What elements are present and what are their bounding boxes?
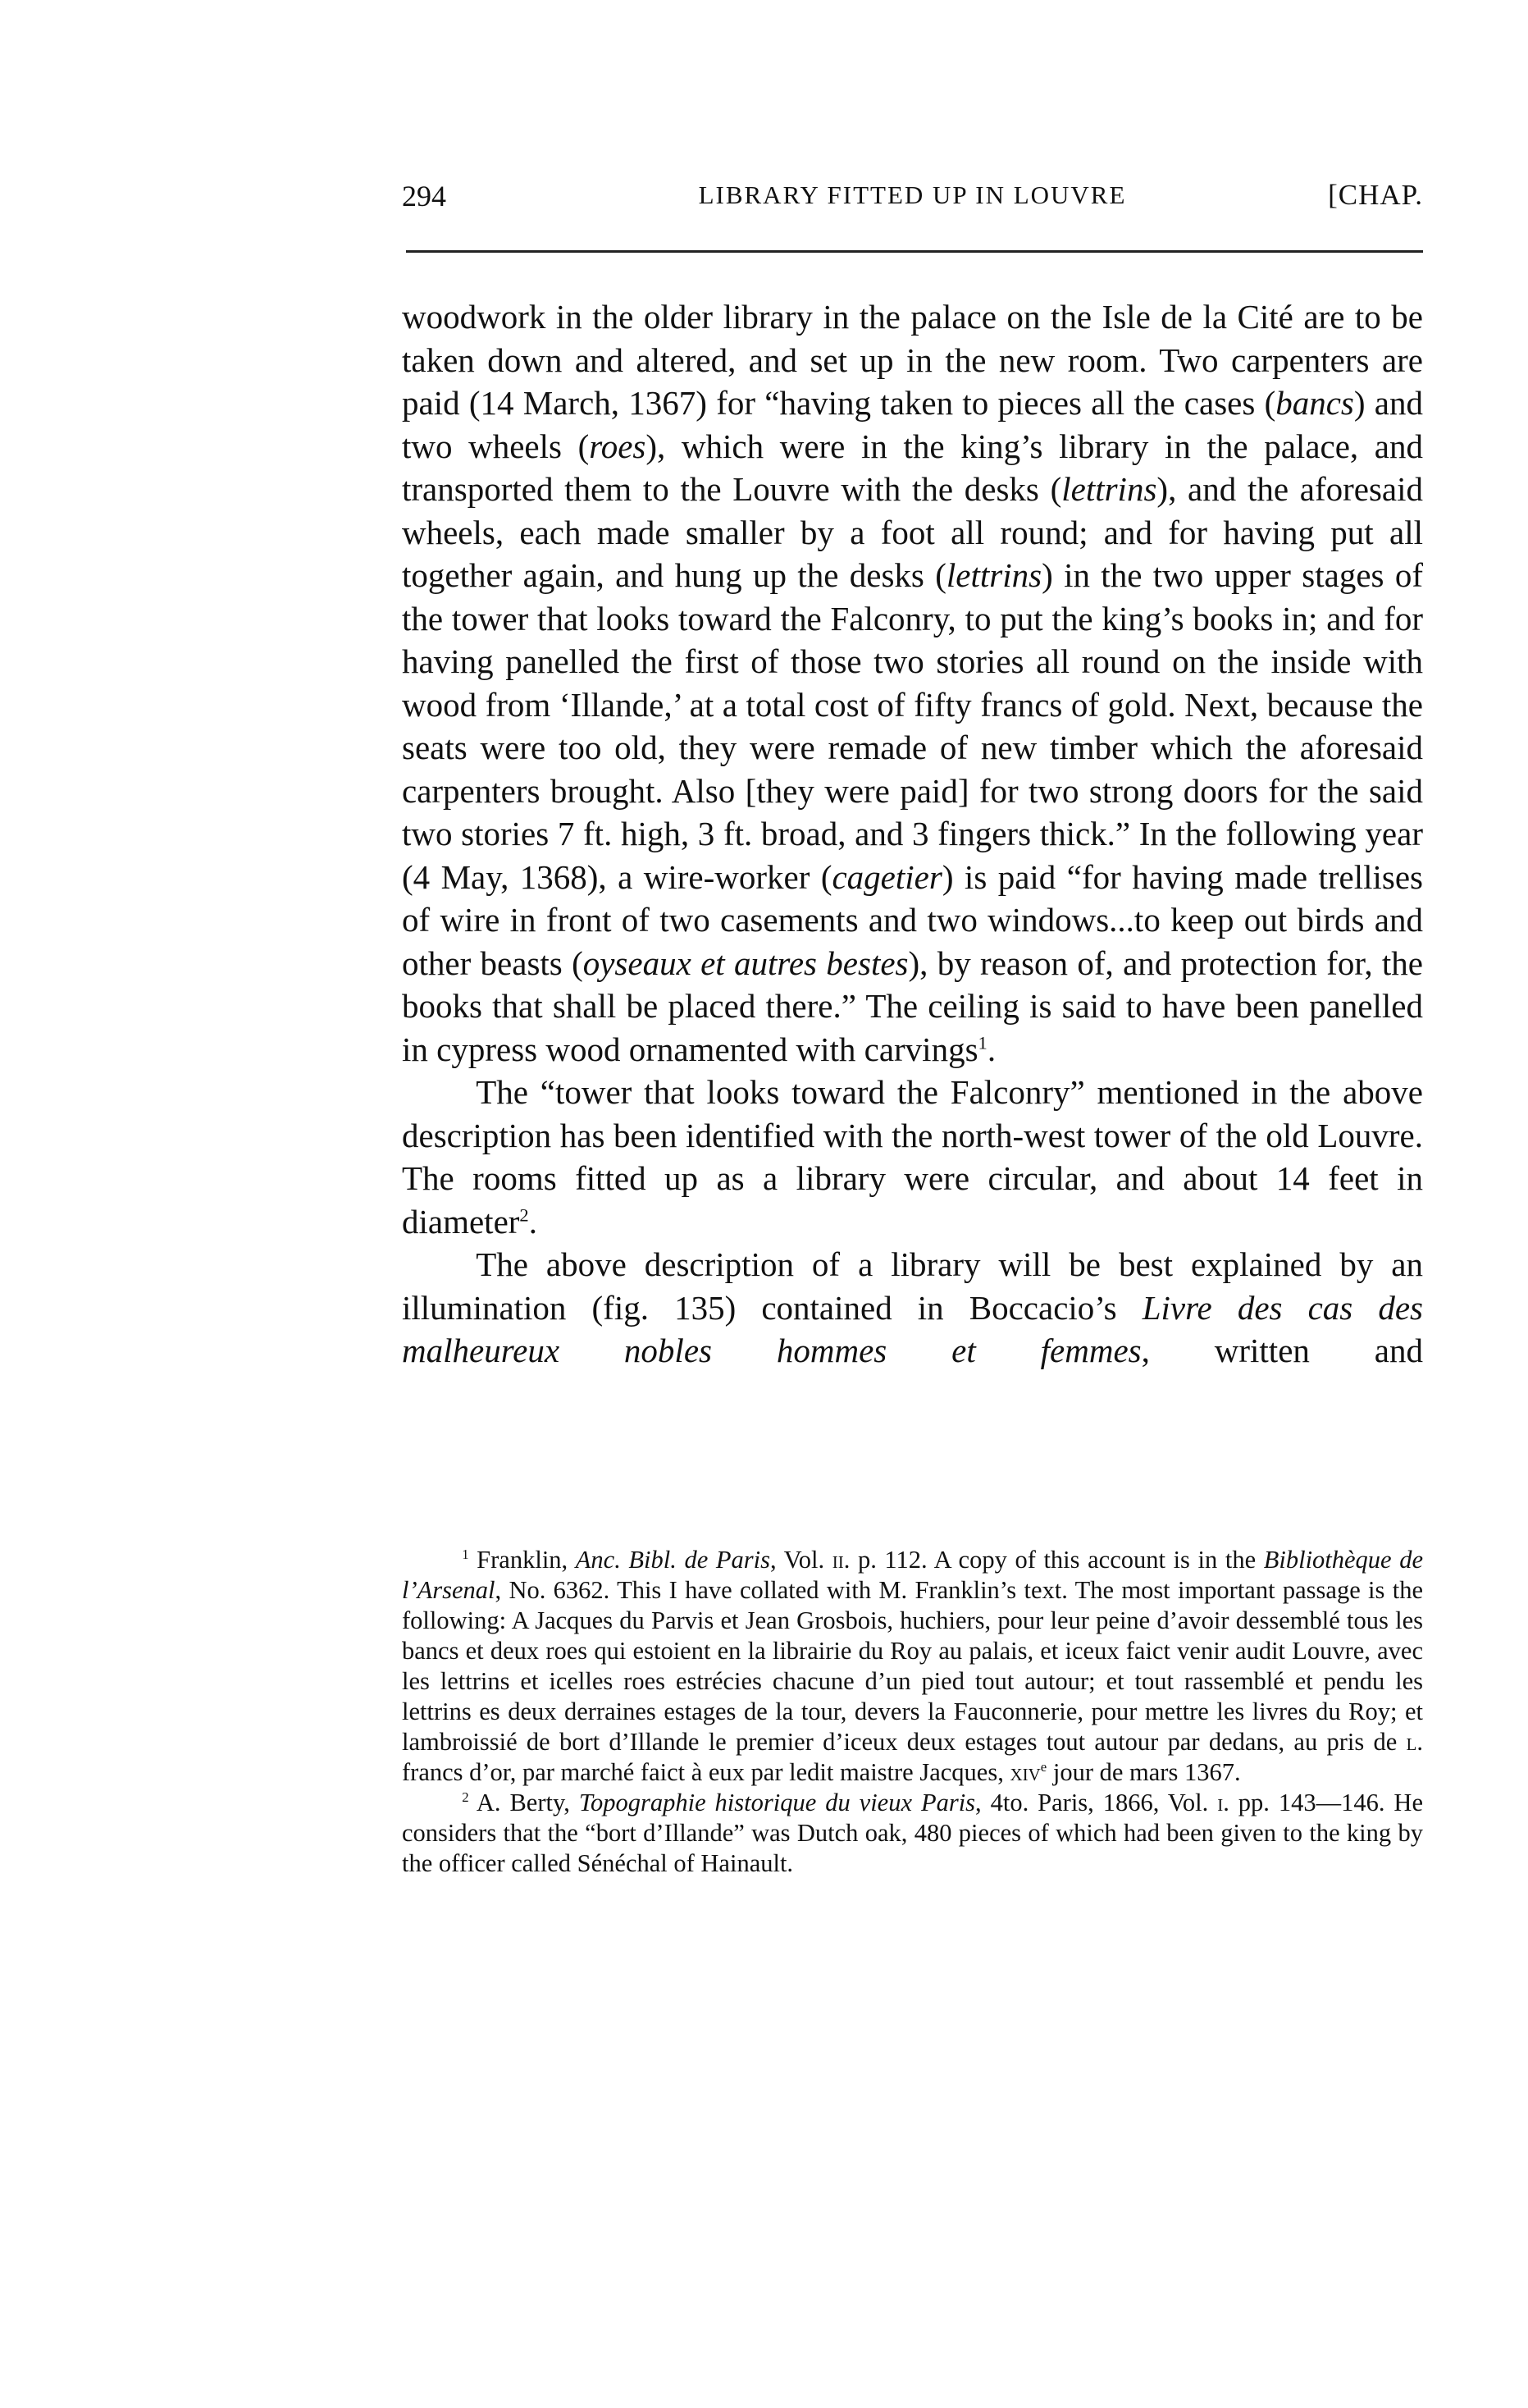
footnotes: 1 Franklin, Anc. Bibl. de Paris, Vol. ii…: [402, 1545, 1423, 1879]
running-head: 294 LIBRARY FITTED UP IN LOUVRE [CHAP.: [402, 179, 1423, 220]
footnote: 2 A. Berty, Topographie historique du vi…: [402, 1788, 1423, 1879]
small-caps-text: ii: [832, 1546, 844, 1574]
text-run: , 4to. Paris, 1866, Vol.: [975, 1789, 1217, 1816]
text-run: woodwork in the older library in the pal…: [402, 298, 1423, 422]
footnote-marker: 1: [462, 1547, 468, 1562]
footnote: 1 Franklin, Anc. Bibl. de Paris, Vol. ii…: [402, 1545, 1423, 1788]
chapter-marker: [CHAP.: [1328, 179, 1423, 212]
text-run: , No. 6362. This I have collated with M.…: [402, 1576, 1423, 1756]
footnote-marker: 2: [462, 1789, 468, 1805]
text-run: Franklin,: [469, 1546, 576, 1574]
paragraph: The above description of a library will …: [402, 1243, 1423, 1373]
text-run: ) in the two upper stages of the tower t…: [402, 556, 1423, 896]
italic-text: lettrins: [1061, 470, 1156, 508]
header-rule: [406, 250, 1423, 253]
paragraph: woodwork in the older library in the pal…: [402, 295, 1423, 1071]
small-caps-text: xiv: [1010, 1758, 1040, 1786]
italic-text: bancs: [1275, 384, 1354, 422]
italic-text: Topographie historique du vieux Paris: [579, 1789, 975, 1816]
text-run: The “tower that looks toward the Falconr…: [402, 1073, 1423, 1241]
italic-text: lettrins: [946, 556, 1042, 594]
text-run: , Vol.: [770, 1546, 832, 1574]
running-title: LIBRARY FITTED UP IN LOUVRE: [402, 180, 1423, 210]
footnote-reference: 1: [978, 1032, 987, 1053]
italic-text: Anc. Bibl. de Paris: [576, 1546, 770, 1574]
paragraph: The “tower that looks toward the Falconr…: [402, 1071, 1423, 1243]
body-text: woodwork in the older library in the pal…: [402, 295, 1423, 1373]
italic-text: cagetier: [832, 858, 942, 896]
footnote-reference: 2: [519, 1204, 528, 1225]
text-run: . p. 112. A copy of this account is in t…: [844, 1546, 1264, 1574]
text-run: .: [987, 1030, 996, 1068]
text-run: , written and: [1142, 1332, 1423, 1369]
text-run: .: [529, 1203, 537, 1241]
italic-text: oyseaux et autres bestes: [583, 944, 909, 982]
small-caps-text: l: [1407, 1728, 1417, 1756]
text-run: jour de mars 1367.: [1047, 1758, 1240, 1786]
italic-text: roes: [589, 427, 645, 465]
text-run: A. Berty,: [469, 1789, 579, 1816]
